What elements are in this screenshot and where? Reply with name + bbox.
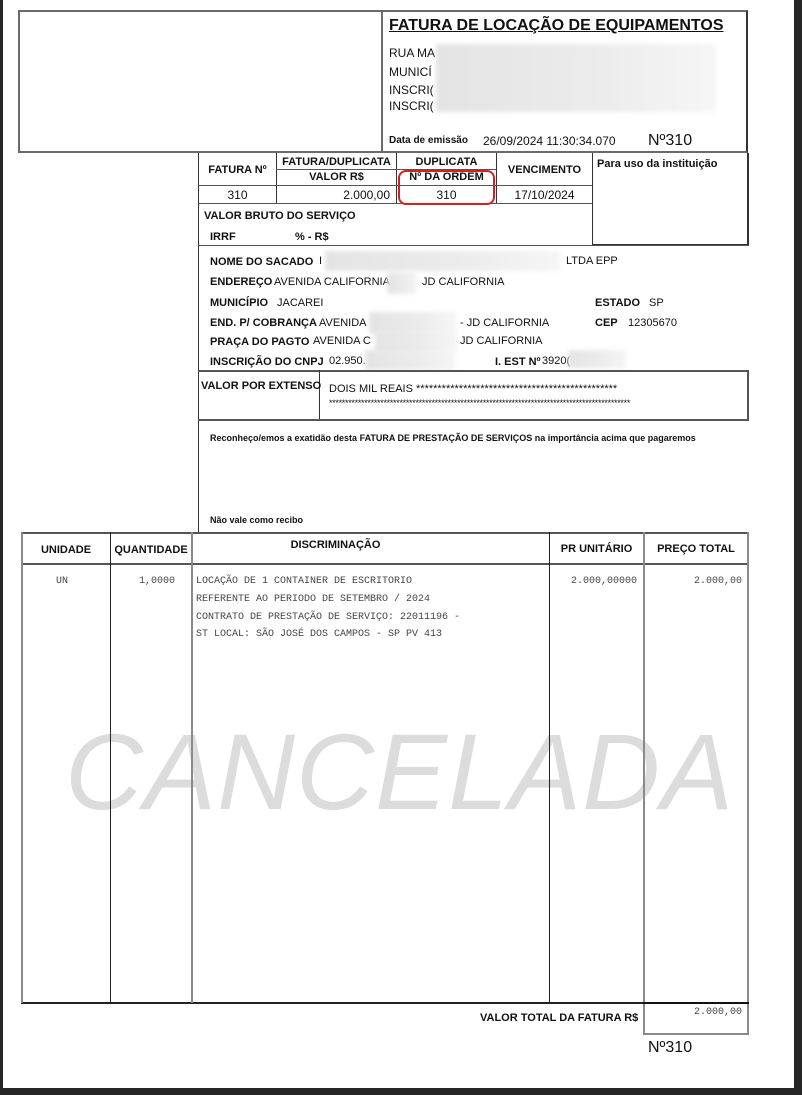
company-line: RUA MA <box>389 46 435 60</box>
redacted-area <box>387 272 417 294</box>
valor-value: 2.000,00 <box>277 188 390 202</box>
vencimento-header: VENCIMENTO <box>497 164 592 176</box>
extenso-line-2: ****************************************… <box>329 398 630 408</box>
total-label: VALOR TOTAL DA FATURA R$ <box>480 1012 638 1024</box>
item-discriminacao-line: LOCAÇÃO DE 1 CONTAINER DE ESCRITORIO <box>196 576 412 587</box>
estado-label: ESTADO <box>595 297 640 309</box>
cnpj-value: 02.950. <box>329 355 366 367</box>
praca-bairro: JD CALIFORNIA <box>460 335 543 347</box>
item-discriminacao-line: REFERENTE AO PERIODO DE SETEMBRO / 2024 <box>196 594 430 605</box>
praca-label: PRAÇA DO PAGTO <box>210 336 309 348</box>
irrf-unit: % - R$ <box>295 231 329 243</box>
municipio-value: JACAREI <box>277 297 323 309</box>
iest-value: 3920( <box>542 355 570 367</box>
item-quantidade: 1,0000 <box>111 576 175 587</box>
acknowledgement-text: Reconheço/emos a exatidão desta FATURA D… <box>210 433 696 443</box>
fatura-duplicata-header: FATURA/DUPLICATA <box>277 156 396 168</box>
item-discriminacao-line: ST LOCAL: SÃO JOSÉ DOS CAMPOS - SP PV 41… <box>196 629 442 640</box>
nome-sacado-prefix: I <box>319 255 322 267</box>
cobranca-value: AVENIDA <box>319 317 366 329</box>
company-line: INSCRI( <box>389 83 434 97</box>
total-value: 2.000,00 <box>645 1007 742 1018</box>
praca-value: AVENIDA C <box>313 335 371 347</box>
cep-value: 12305670 <box>628 317 677 329</box>
col-header-discriminacao: DISCRIMINAÇÃO <box>193 539 478 551</box>
nome-sacado-label: NOME DO SACADO <box>210 256 313 268</box>
extenso-line-1: DOIS MIL REAIS *************************… <box>329 383 617 395</box>
not-receipt-text: Não vale como recibo <box>210 515 303 525</box>
nome-sacado-suffix: LTDA EPP <box>566 255 618 267</box>
cnpj-label: INSCRIÇÃO DO CNPJ <box>210 356 324 368</box>
ordem-highlight <box>398 170 495 205</box>
duplicata-header: DUPLICATA <box>397 156 496 168</box>
endereco-value: AVENIDA CALIFORNIA <box>274 276 390 288</box>
header-invoice-number: Nº310 <box>648 132 692 150</box>
redacted-area <box>436 44 716 112</box>
fatura-number-header: FATURA Nº <box>199 164 276 176</box>
cep-label: CEP <box>595 317 618 329</box>
invoice-page: CANCELADA FATURA DE LOCAÇÃO DE EQUIPAMEN… <box>3 0 794 1088</box>
company-line: INSCRI( <box>389 99 434 113</box>
cobranca-bairro: - JD CALIFORNIA <box>460 317 549 329</box>
valor-header: VALOR R$ <box>277 171 396 183</box>
redacted-area <box>325 251 561 271</box>
col-header-quantidade: QUANTIDADE <box>111 544 191 556</box>
municipio-label: MUNICÍPIO <box>210 297 268 309</box>
item-unidade: UN <box>22 576 102 587</box>
endereco-bairro: JD CALIFORNIA <box>422 276 505 288</box>
col-header-unidade: UNIDADE <box>22 544 110 556</box>
item-preco-total: 2.000,00 <box>645 576 742 587</box>
item-discriminacao-line: CONTRATO DE PRESTAÇÃO DE SERVIÇO: 220111… <box>196 612 460 623</box>
irrf-label: IRRF <box>210 231 236 243</box>
iest-label: I. EST Nº <box>495 356 541 368</box>
endereco-label: ENDEREÇO <box>210 276 272 288</box>
cobranca-label: END. P/ COBRANÇA <box>210 317 317 329</box>
vencimento-value: 17/10/2024 <box>497 188 592 202</box>
valor-bruto-label: VALOR BRUTO DO SERVIÇO <box>204 210 356 222</box>
logo-box <box>18 10 382 153</box>
redacted-area <box>365 350 455 370</box>
extenso-label: VALOR POR EXTENSO <box>201 380 321 392</box>
institution-label: Para uso da instituição <box>597 158 717 170</box>
col-header-pr-unitario: PR UNITÁRIO <box>550 543 643 555</box>
col-header-preco-total: PREÇO TOTAL <box>645 543 747 555</box>
invoice-title: FATURA DE LOCAÇÃO DE EQUIPAMENTOS <box>389 17 724 35</box>
redacted-area <box>568 350 626 368</box>
item-pr-unitario: 2.000,00000 <box>550 576 637 587</box>
emission-value: 26/09/2024 11:30:34.070 <box>483 134 616 148</box>
emission-label: Data de emissão <box>389 135 468 146</box>
company-line: MUNICÍ <box>389 65 432 79</box>
footer-invoice-number: Nº310 <box>648 1039 692 1057</box>
fatura-number-value: 310 <box>199 188 276 202</box>
estado-value: SP <box>649 297 664 309</box>
